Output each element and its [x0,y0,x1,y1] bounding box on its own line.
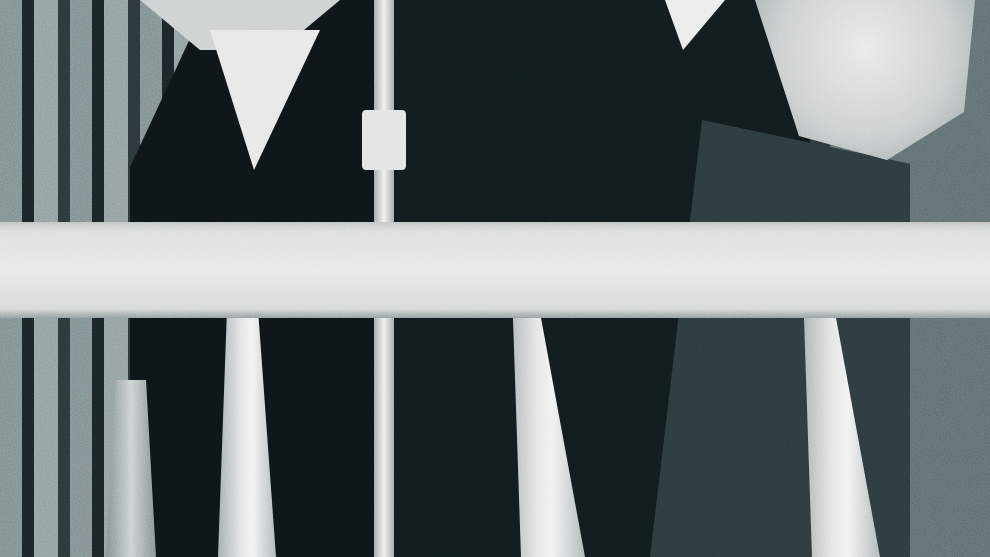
horizontal-rail [0,222,990,318]
photograph: Grainy black-and-white photograph of men… [0,0,990,557]
microphone-clamp [362,110,406,170]
